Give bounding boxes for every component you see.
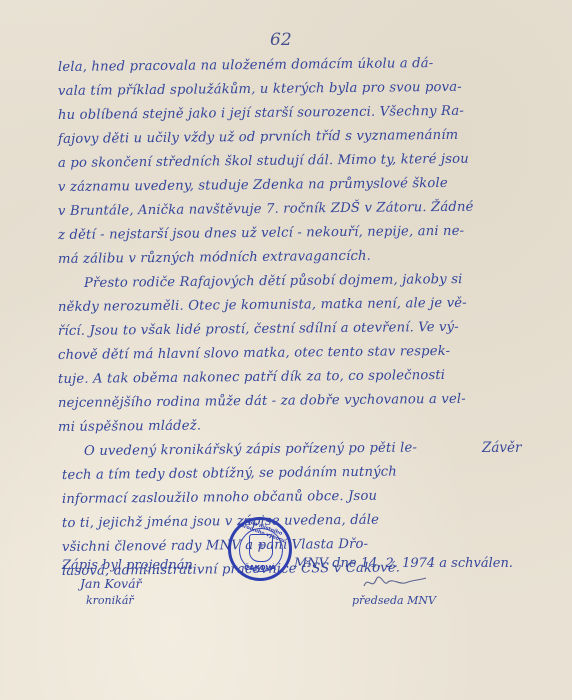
coat-of-arms-icon: ⚜ bbox=[249, 534, 273, 562]
page-number: 62 bbox=[270, 30, 292, 50]
approval-text-after-stamp: MNV dne 14. 2. 1974 a schválen. bbox=[294, 556, 513, 571]
stamp-town: ČAKOVÁ bbox=[231, 564, 289, 572]
role-chairman: předseda MNV bbox=[352, 594, 436, 607]
signature-chairman-scribble bbox=[360, 572, 430, 594]
text-line: to ti, jejichž jména jsou v zápise uvede… bbox=[62, 511, 532, 531]
text-line: fajovy děti u učily vždy už od prvních t… bbox=[58, 127, 528, 147]
text-line: v Bruntále, Anička navštěvuje 7. ročník … bbox=[58, 199, 528, 219]
text-line: někdy nerozuměli. Otec je komunista, mat… bbox=[58, 295, 528, 315]
text-line: z dětí - nejstarší jsou dnes už velcí - … bbox=[58, 223, 528, 243]
text-line: mi úspěšnou mládež. bbox=[58, 415, 528, 435]
text-line: Přesto rodiče Rafajových dětí působí doj… bbox=[84, 271, 554, 291]
text-line: má zálibu v různých módních extravagancí… bbox=[58, 247, 528, 267]
text-line: vala tím příklad spolužákům, u kterých b… bbox=[58, 79, 528, 99]
text-line: nejcennějšího rodina může dát - za dobře… bbox=[58, 391, 528, 411]
text-line: lela, hned pracovala na uloženém domácím… bbox=[58, 55, 528, 75]
official-stamp: Rada místního národního výboru ⚜ ČAKOVÁ bbox=[228, 517, 292, 581]
signature-chronicler: Jan Kovář bbox=[80, 576, 142, 591]
role-chronicler: kronikář bbox=[86, 594, 134, 607]
text-line: chově dětí má hlavní slovo matka, otec t… bbox=[58, 343, 528, 363]
text-line: informací zasloužilo mnoho občanů obce. … bbox=[62, 487, 532, 507]
text-line: všichni členové rady MNV a paní Vlasta D… bbox=[62, 535, 532, 555]
text-line: tech a tím tedy dost obtížný, se podáním… bbox=[62, 463, 532, 483]
text-line: v záznamu uvedeny, studuje Zdenka na prů… bbox=[58, 175, 528, 195]
approval-text-before-stamp: Zápis byl projednán bbox=[62, 558, 193, 573]
margin-note: Závěr bbox=[482, 440, 522, 456]
text-line: O uvedený kronikářský zápis pořízený po … bbox=[84, 440, 484, 459]
text-line: hu oblíbená stejně jako i její starší so… bbox=[58, 103, 528, 123]
text-line: a po skončení středních škol studují dál… bbox=[58, 151, 528, 171]
text-line: tuje. A tak oběma nakonec patří dík za t… bbox=[58, 367, 528, 387]
text-line: řící. Jsou to však lidé prostí, čestní s… bbox=[58, 319, 528, 339]
